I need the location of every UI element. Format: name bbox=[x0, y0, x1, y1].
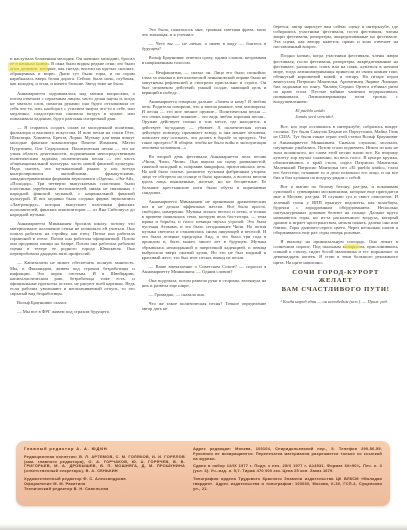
tech-editor-line: Технический редактор В. Н. Савельева bbox=[24, 487, 185, 492]
paragraph: и наступала блаженная мелодия. Он начина… bbox=[10, 56, 135, 87]
magazine-page: и наступала блаженная мелодия. Он начина… bbox=[0, 0, 407, 530]
printing-house-line: Типография ордена Трудового Красного Зна… bbox=[193, 477, 382, 491]
paragraph: Вольф Брауншвиг ответил сразу, одним сло… bbox=[142, 55, 267, 65]
column3-paragraphs-top: берется; автор нарисует вам сейчас сцену… bbox=[273, 24, 398, 104]
column3-paragraphs-mid: Все, кто еще оставались в интерклубе, со… bbox=[273, 124, 398, 264]
paragraph: — Неофашизма, — сказал он. Лицо его было… bbox=[142, 70, 267, 95]
paragraph: Аннамариетта Минккинен не принимала драм… bbox=[142, 199, 267, 260]
paragraph: — Ваше впечатление о Советском Союзе? — … bbox=[142, 264, 267, 274]
spanish-song-quote: El pueblo unidoJamás será vencido¹. bbox=[295, 108, 398, 119]
paragraph: Во второй день фестиваля Аннамариетта пе… bbox=[142, 154, 267, 195]
editorial-board-line: Редакционная коллегия: В. Л. АРТЕМОВ, С.… bbox=[24, 455, 185, 474]
paragraph: Все, кто еще оставались в интерклубе, со… bbox=[273, 124, 398, 180]
paragraph: Аннамариетта Минккинен бросила школу, по… bbox=[10, 221, 135, 257]
imprint-editors: Главный редактор А. А. ЮДИН Редакционная… bbox=[24, 447, 185, 500]
translation-footnote: ¹ Когда народ един — он непобедим (исп.)… bbox=[273, 299, 398, 304]
paragraph: Вольф Брауншвиг сказал: bbox=[10, 300, 135, 305]
chief-editor-line: Главный редактор А. А. ЮДИН bbox=[24, 447, 185, 452]
imprint-publishing: Адрес редакции: Москва, 103104, Спиридон… bbox=[193, 447, 382, 500]
sochi-banner: СОЧИ ГОРОД-КУРОРТ ЖЕЛАЕТ ВАМ СЧАСТЛИВОГО… bbox=[275, 269, 396, 295]
paragraph: берется; автор нарисует вам сейчас сцену… bbox=[273, 24, 398, 49]
paragraph: Аннамариетта задумывалась над моими вопр… bbox=[10, 91, 135, 122]
paragraph: Jamás será vencido¹. bbox=[295, 114, 398, 119]
imprint-box: Главный редактор А. А. ЮДИН Редакционная… bbox=[16, 441, 390, 506]
paragraph: — Мы все в ФРГ живем под страхом будущег… bbox=[10, 309, 135, 314]
paragraph: — Чего вы — не лично, а имею в виду — бо… bbox=[142, 41, 267, 51]
paragraph: Поздно ночью, когда участники фестиваля,… bbox=[273, 53, 398, 104]
paragraph: Аннамариетта говорила дальше: «Зачем и к… bbox=[142, 99, 267, 150]
paragraph: Это была, показалось мне, громкая газетн… bbox=[142, 27, 267, 37]
editorial-address-line: Адрес редакции: Москва, 103104, Спиридон… bbox=[193, 447, 382, 461]
sochi-banner-line2: ВАМ СЧАСТЛИВОГО ПУТИ! bbox=[275, 286, 396, 295]
article-column-1: и наступала блаженная мелодия. Он начина… bbox=[10, 22, 135, 472]
paragraph: — Громадно, — сказала она. bbox=[142, 292, 267, 297]
print-run-line: Сдано в набор 14/IX 1977 г. Подп. к печ.… bbox=[193, 464, 382, 474]
paragraph: Что же такое политическая песня? Точное … bbox=[142, 301, 267, 311]
paragraph: Вот я шагаю по белому бетону, раз-два, и… bbox=[273, 184, 398, 235]
article-column-2: Это была, показалось мне, громкая газетн… bbox=[142, 22, 267, 443]
paragraph: — Я стараюсь создать сплав из молодежной… bbox=[10, 125, 135, 217]
article-body: и наступала блаженная мелодия. Он начина… bbox=[10, 22, 398, 438]
sochi-banner-line1: СОЧИ ГОРОД-КУРОРТ ЖЕЛАЕТ bbox=[275, 269, 396, 286]
paragraph: — Капитализм не может обеспечить полную … bbox=[10, 260, 135, 296]
paragraph: Она подумала, потом развела руки в сторо… bbox=[142, 278, 267, 288]
paragraph: Я выхожу на привокзальную площадь. Она л… bbox=[273, 239, 398, 264]
article-column-3: берется; автор нарисует вам сейчас сцену… bbox=[273, 22, 398, 440]
